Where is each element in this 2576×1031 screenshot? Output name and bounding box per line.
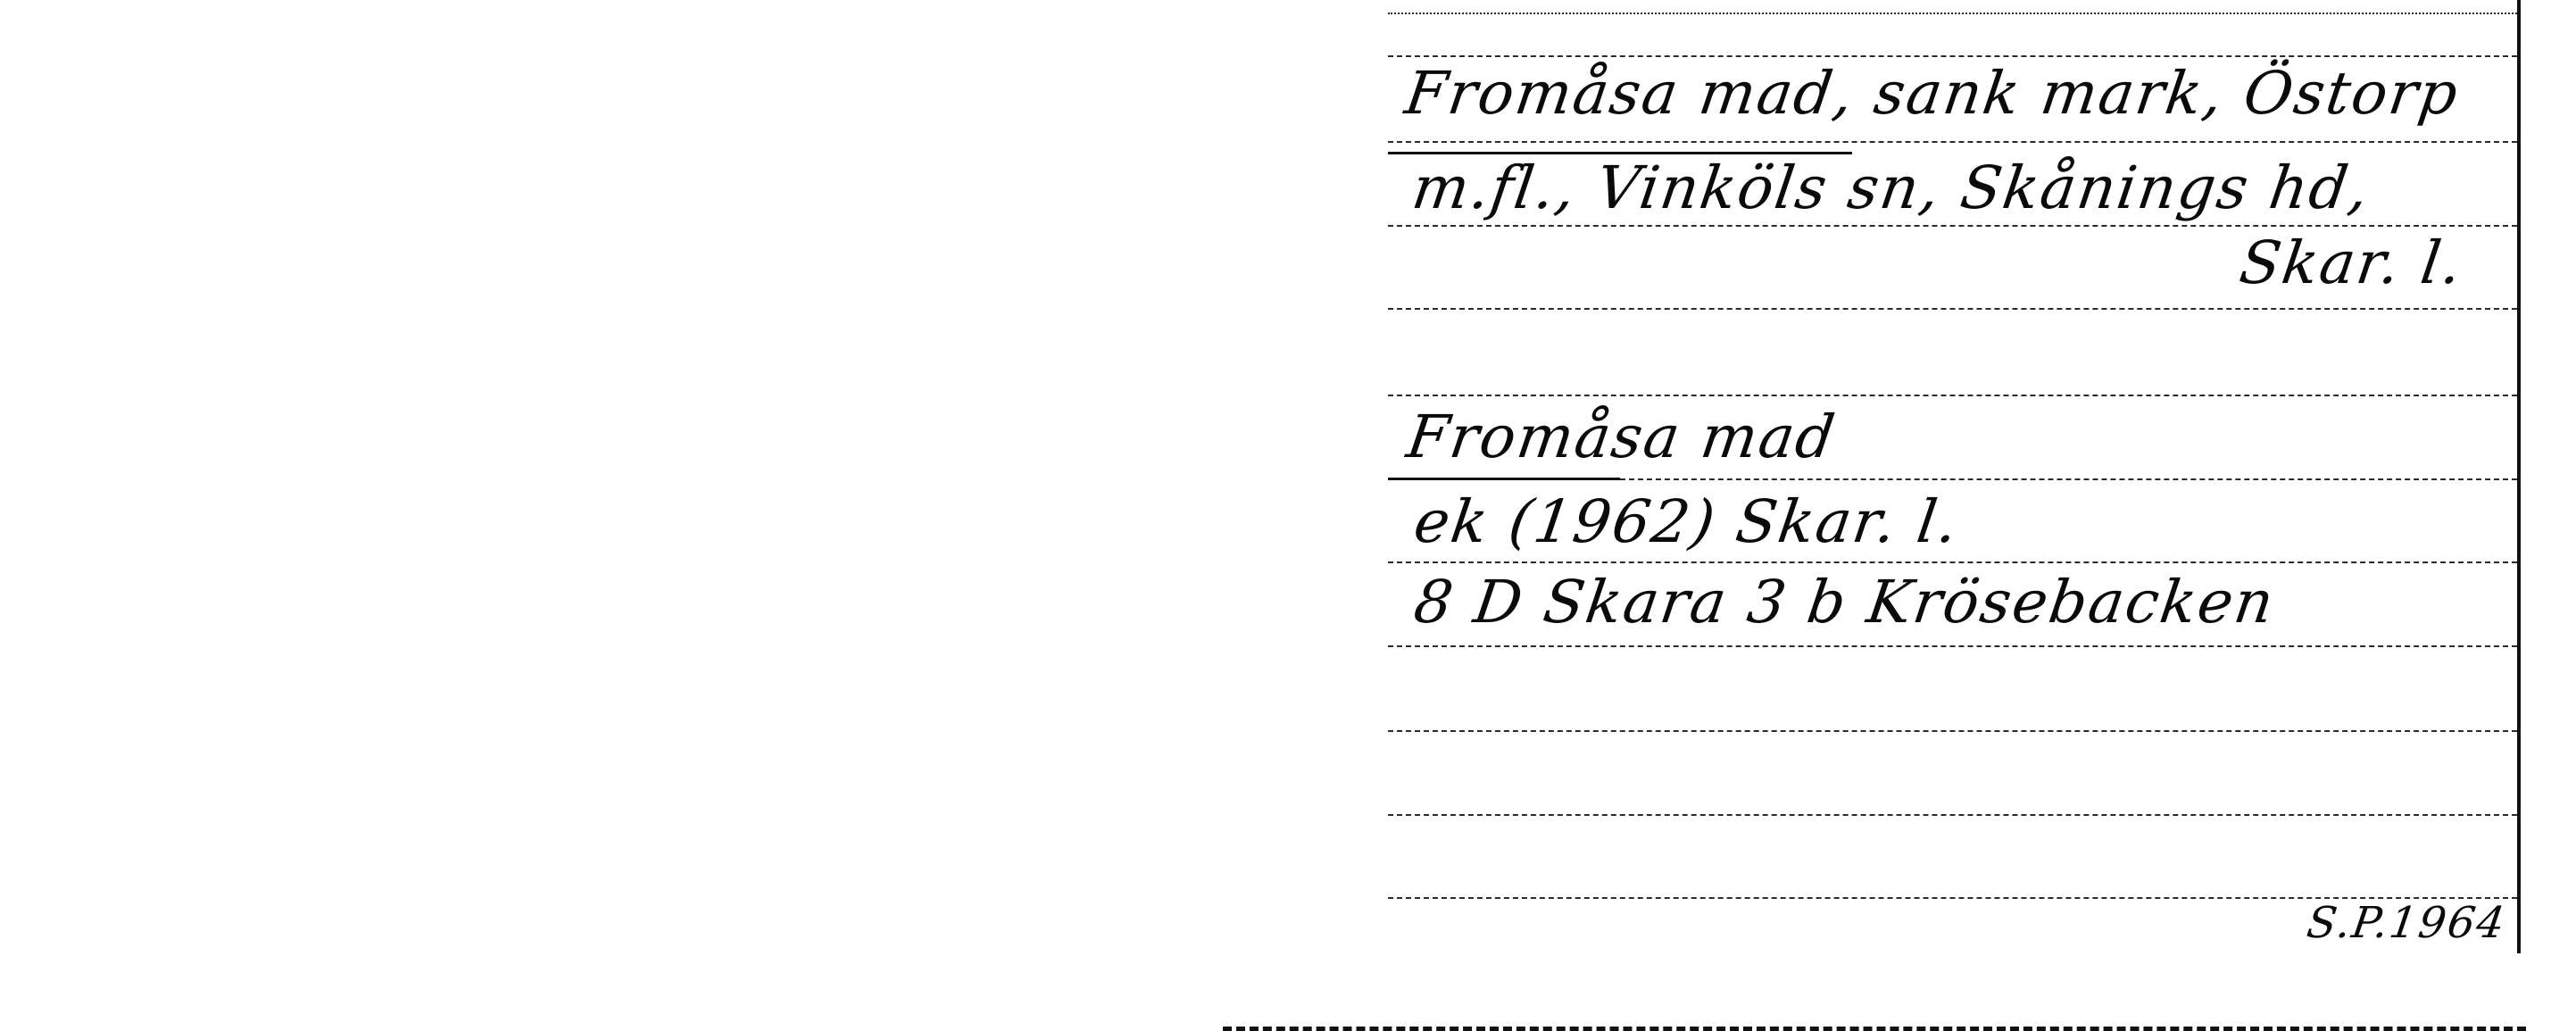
ruled-line — [1388, 55, 2517, 57]
entry-2-line-1: Fromåsa mad — [1403, 408, 1840, 467]
ruled-line — [1388, 225, 2517, 227]
entry-2-line-3: 8 D Skara 3 b Kröseback­en — [1410, 573, 2278, 632]
ruled-line — [1388, 141, 2517, 143]
entry-1-line-1: Fromåsa mad, sank mark, Östorp — [1401, 64, 2463, 123]
ruled-line — [1388, 645, 2517, 647]
index-card: Fromåsa mad, sank mark, Östorp m.fl., Vi… — [1388, 0, 2530, 955]
entry-1-line-3: Skar. l. — [2236, 234, 2466, 293]
ruled-line — [1388, 561, 2517, 563]
card-right-border — [2517, 0, 2521, 953]
entry-2-line-2: ek (1962) Skar. l. — [1410, 493, 1963, 552]
ruled-line — [1388, 814, 2517, 816]
ruled-line — [1388, 395, 2517, 396]
signature: S.P.1964 — [2305, 902, 2509, 944]
ruled-line — [1620, 478, 2517, 480]
entry-1-line-2: m.fl., Vinköls sn, Skånings hd, — [1408, 159, 2373, 218]
ruled-line — [1388, 730, 2517, 732]
ruled-line — [1388, 12, 2517, 14]
ruled-line — [1388, 308, 2517, 310]
scan-edge-marks — [1223, 1027, 2526, 1031]
underline — [1388, 478, 1620, 480]
